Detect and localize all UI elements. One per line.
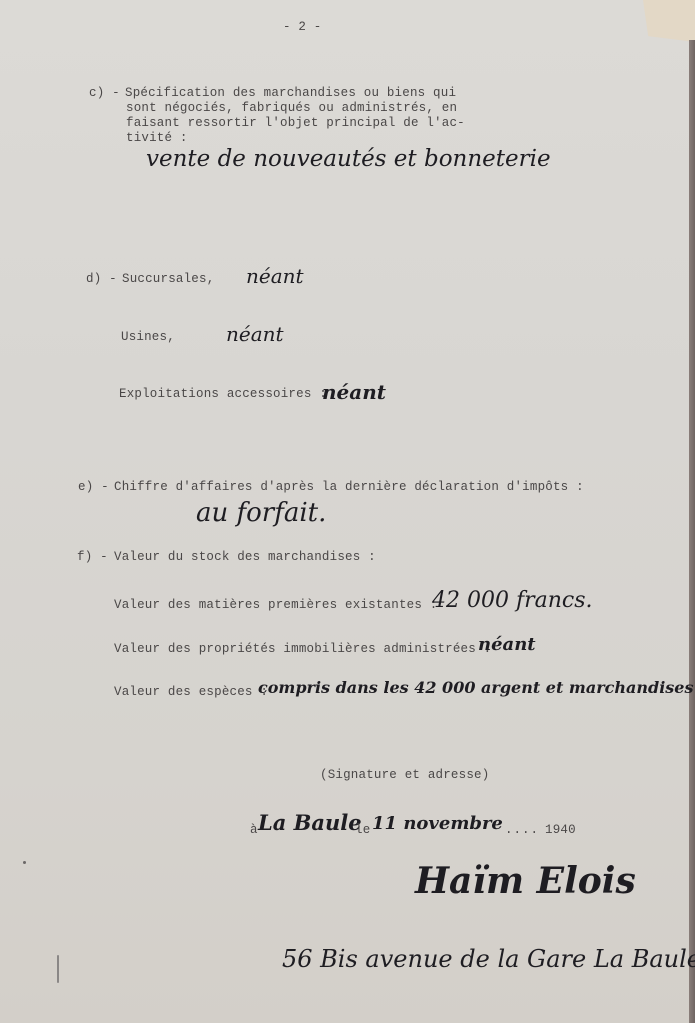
place-value: La Baule: [258, 810, 362, 835]
proprietes-label: Valeur des propriétés immobilières admin…: [114, 642, 491, 656]
signature-caption: (Signature et adresse): [320, 768, 489, 782]
proprietes-answer: néant: [478, 634, 536, 655]
section-c-line-1: Spécification des marchandises ou biens …: [125, 86, 456, 100]
section-e-label: e) -: [78, 480, 109, 494]
date-dots: ....: [505, 823, 539, 837]
date-prefix: le: [355, 823, 370, 837]
pencil-mark: [57, 955, 59, 983]
section-e-text: Chiffre d'affaires d'après la dernière d…: [114, 480, 584, 494]
folded-corner: [643, 0, 695, 42]
exploitations-label: Exploitations accessoires :: [119, 387, 327, 401]
section-c-line-3: faisant ressortir l'objet principal de l…: [126, 116, 465, 130]
succursales-label: Succursales,: [122, 272, 214, 286]
signature: Haïm Elois: [415, 860, 636, 902]
page-edge-shadow: [689, 40, 695, 1023]
section-f-text: Valeur du stock des marchandises :: [114, 550, 376, 564]
section-d-label: d) -: [86, 272, 117, 286]
especes-answer: compris dans les 42 000 argent et marcha…: [258, 678, 693, 697]
section-c-line-2: sont négociés, fabriqués ou administrés,…: [126, 101, 457, 115]
matieres-answer: 42 000 francs.: [432, 588, 593, 613]
section-e-answer: au forfait.: [196, 498, 326, 528]
place-prefix: à: [250, 823, 258, 837]
document-page: - 2 - c) - Spécification des marchandise…: [0, 0, 695, 1023]
especes-label: Valeur des espèces :: [114, 685, 268, 699]
usines-answer: néant: [226, 322, 284, 346]
address: 56 Bis avenue de la Gare La Baule: [282, 945, 695, 973]
page-number: - 2 -: [283, 20, 322, 34]
ink-speck: [23, 861, 26, 864]
succursales-answer: néant: [246, 264, 304, 288]
exploitations-answer: néant: [322, 380, 386, 404]
section-c-label: c) -: [89, 86, 120, 100]
matieres-label: Valeur des matières premières existantes…: [114, 598, 437, 612]
section-c-answer: vente de nouveautés et bonneterie: [146, 146, 551, 172]
date-value: 11 novembre: [372, 813, 503, 834]
section-f-label: f) -: [77, 550, 108, 564]
usines-label: Usines,: [121, 330, 175, 344]
year-value: 1940: [545, 823, 576, 837]
section-c-line-4: tivité :: [126, 131, 188, 145]
